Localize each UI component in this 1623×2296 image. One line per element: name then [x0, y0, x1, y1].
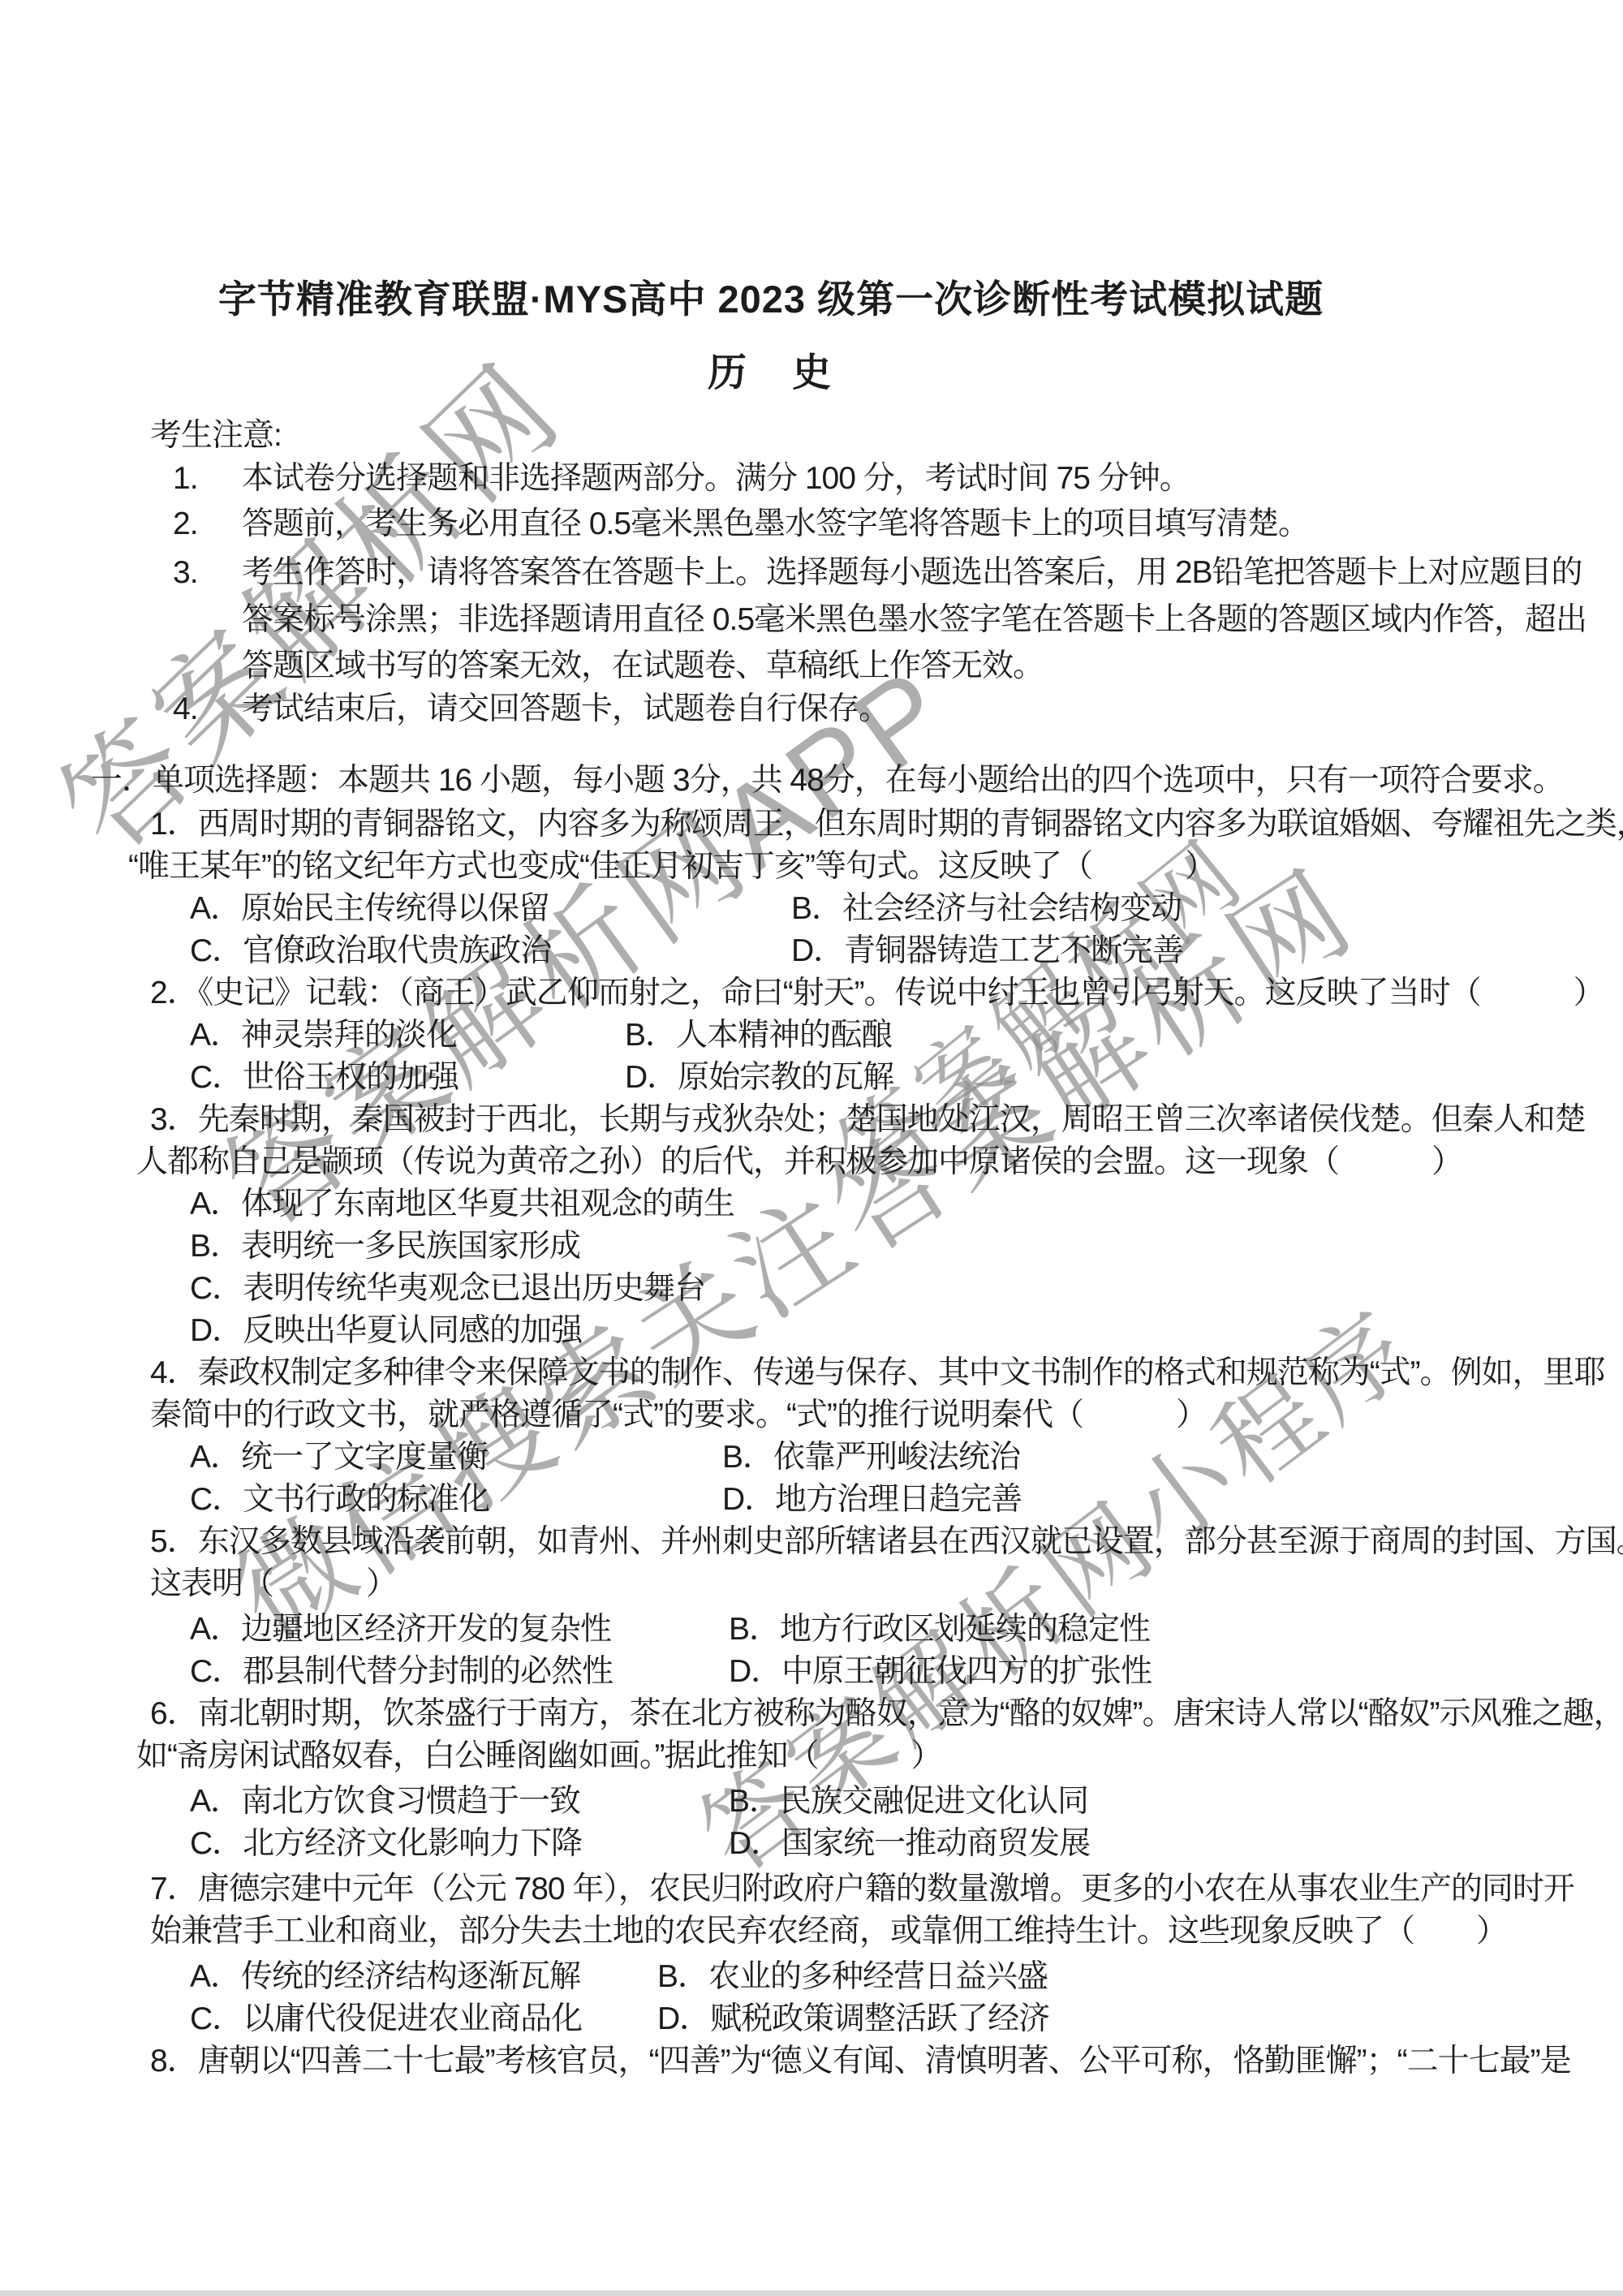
- question-5-stem-line-2: 这表明（ ）: [150, 1565, 397, 1605]
- question-6-option-b: B．民族交融促进文化认同: [729, 1782, 1088, 1822]
- question-5-option-b: B．地方行政区划延续的稳定性: [729, 1610, 1150, 1650]
- notice-3-line-1: 考生作答时，请将答案答在答题卡上。选择题每小题选出答案后，用 2B铅笔把答题卡上…: [242, 554, 1582, 593]
- question-1-option-b: B．社会经济与社会结构变动: [791, 890, 1182, 929]
- question-7-stem-line-2: 始兼营手工业和商业，部分失去土地的农民弃农经商，或靠佣工维持生计。这些现象反映了…: [150, 1912, 1507, 1952]
- question-5-stem-line-1: 5．东汉多数县域沿袭前朝，如青州、并州刺史部所辖诸县在西汉就已设置，部分甚至源于…: [150, 1523, 1623, 1562]
- question-5-option-a: A．边疆地区经济开发的复杂性: [190, 1610, 611, 1650]
- question-5-option-c: C．郡县制代替分封制的必然性: [190, 1652, 613, 1692]
- notice-1-text: 本试卷分选择题和非选择题两部分。满分 100 分，考试时间 75 分钟。: [242, 459, 1190, 499]
- question-3-option-b: B．表明统一多民族国家形成: [190, 1227, 580, 1267]
- question-8-stem-line-1: 8．唐朝以“四善二十七最”考核官员，“四善”为“德义有闻、清慎明著、公平可称，恪…: [150, 2042, 1571, 2082]
- question-1-stem-line-2: “唯王某年”的铭文纪年方式也变成“佳正月初吉丁亥”等句式。这反映了（ ）: [128, 847, 1216, 887]
- question-6-stem-line-1: 6．南北朝时期，饮茶盛行于南方，茶在北方被称为酪奴，意为“酪的奴婢”。唐宋诗人常…: [150, 1695, 1623, 1734]
- subject-title: 历 史: [0, 349, 1542, 398]
- scan-bottom-edge-artifact: [0, 2290, 1623, 2296]
- question-7-option-d: D．赋税政策调整活跃了经济: [657, 2000, 1049, 2040]
- exam-paper-page: 答案解析网 答案解析网APP 微信搜索关注答案解析网 答案解析网小程序 答案解析…: [0, 0, 1623, 2296]
- section-heading: 一．单项选择题：本题共 16 小题，每小题 3分，共 48分，在每小题给出的四个…: [91, 761, 1564, 801]
- page-title: 字节精准教育联盟·MYS高中 2023 级第一次诊断性考试模拟试题: [0, 276, 1542, 324]
- notice-heading: 考生注意:: [150, 416, 282, 456]
- question-6-option-c: C．北方经济文化影响力下降: [190, 1824, 582, 1864]
- notice-3-line-2: 答案标号涂黑；非选择题请用直径 0.5毫米黑色墨水签字笔在答题卡上各题的答题区域…: [242, 601, 1586, 640]
- question-4-stem-line-2: 秦简中的行政文书，就严格遵循了“式”的要求。“式”的推行说明秦代（ ）: [150, 1396, 1207, 1436]
- question-7-option-a: A．传统的经济结构逐渐瓦解: [190, 1958, 580, 1997]
- notice-1-num: 1.: [173, 459, 198, 499]
- question-6-option-a: A．南北方饮食习惯趋于一致: [190, 1782, 580, 1822]
- question-4-option-d: D．地方治理日趋完善: [722, 1480, 1022, 1520]
- question-2-option-a: A．神灵崇拜的淡化: [190, 1016, 457, 1056]
- notice-2-text: 答题前，考生务必用直径 0.5毫米黑色墨水签字笔将答题卡上的项目填写清楚。: [242, 505, 1309, 545]
- question-1-stem-line-1: 1．西周时期的青铜器铭文，内容多为称颂周王，但东周时期的青铜器铭文内容多为联谊婚…: [150, 805, 1623, 845]
- question-1-option-d: D．青铜器铸造工艺不断完善: [791, 932, 1183, 971]
- question-4-option-b: B．依靠严刑峻法统治: [722, 1438, 1020, 1478]
- question-4-option-c: C．文书行政的标准化: [190, 1480, 489, 1520]
- question-2-option-b: B．人本精神的酝酿: [625, 1016, 892, 1056]
- question-4-stem-line-1: 4．秦政权制定多种律令来保障文书的制作、传递与保存、其中文书制作的格式和规范称为…: [150, 1354, 1605, 1394]
- notice-4-text: 考试结束后，请交回答题卡，试题卷自行保存。: [242, 690, 889, 730]
- notice-4-num: 4.: [173, 690, 198, 730]
- question-2-stem-line-1: 2．《史记》记载：（商王）武乙仰而射之，命曰“射天”。传说中纣王也曾引弓射天。这…: [150, 974, 1604, 1014]
- question-2-option-d: D．原始宗教的瓦解: [625, 1058, 893, 1098]
- question-1-option-a: A．原始民主传统得以保留: [190, 890, 549, 929]
- question-6-option-d: D．国家统一推动商贸发展: [729, 1824, 1090, 1864]
- question-2-option-c: C．世俗王权的加强: [190, 1058, 458, 1098]
- question-3-option-a: A．体现了东南地区华夏共祖观念的萌生: [190, 1185, 734, 1225]
- notice-3-line-3: 答题区域书写的答案无效，在试题卷、草稿纸上作答无效。: [242, 647, 1044, 687]
- question-7-stem-line-1: 7．唐德宗建中元年（公元 780 年），农民归附政府户籍的数量激增。更多的小农在…: [150, 1870, 1574, 1910]
- question-7-option-b: B．农业的多种经营日益兴盛: [657, 1958, 1048, 1997]
- question-1-option-c: C．官僚政治取代贵族政治: [190, 932, 551, 971]
- question-4-option-a: A．统一了文字度量衡: [190, 1438, 488, 1478]
- notice-2-num: 2.: [173, 505, 198, 545]
- question-5-option-d: D．中原王朝征伐四方的扩张性: [729, 1652, 1152, 1692]
- question-3-stem-line-2: 人都称自己是颛顼（传说为黄帝之孙）的后代，并积极参加中原诸侯的会盟。这一现象（ …: [136, 1143, 1462, 1182]
- question-7-option-c: C．以庸代役促进农业商品化: [190, 2000, 582, 2040]
- question-3-stem-line-1: 3．先秦时期，秦国被封于西北，长期与戎狄杂处；楚国地处江汉，周昭王曾三次率诸侯伐…: [150, 1101, 1586, 1140]
- question-3-option-d: D．反映出华夏认同感的加强: [190, 1312, 582, 1351]
- question-3-option-c: C．表明传统华夷观念已退出历史舞台: [190, 1269, 705, 1309]
- question-6-stem-line-2: 如“斋房闲试酪奴春，白公睡阁幽如画。”据此推知（ ）: [136, 1737, 941, 1777]
- notice-3-num: 3.: [173, 554, 198, 593]
